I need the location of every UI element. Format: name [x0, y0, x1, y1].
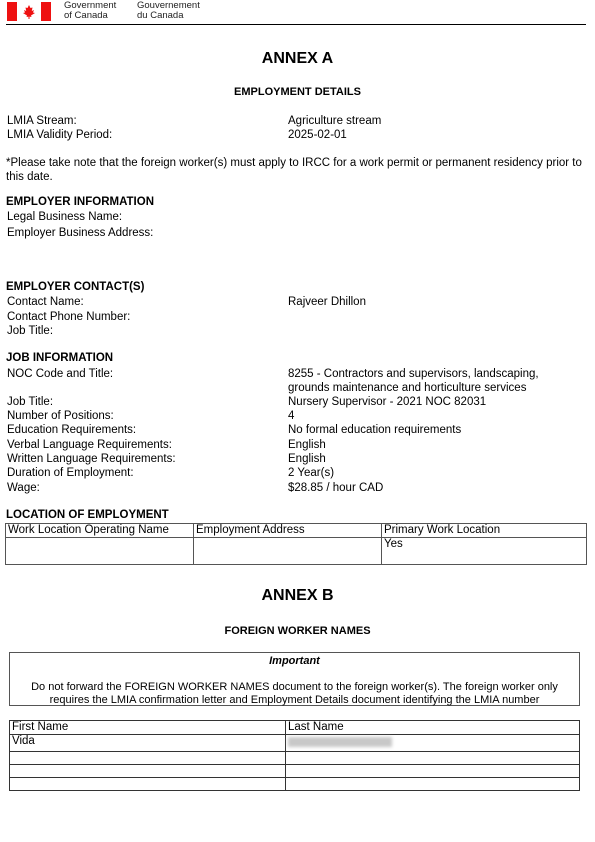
education-label: Education Requirements:: [7, 423, 136, 437]
contact-phone-label: Contact Phone Number:: [7, 310, 130, 324]
column-header: Primary Work Location: [382, 524, 587, 538]
written-language-value: English: [288, 452, 578, 466]
contact-name-label: Contact Name:: [7, 295, 84, 309]
duration-label: Duration of Employment:: [7, 466, 134, 480]
column-header: First Name: [10, 721, 286, 735]
gov-en-line2: of Canada: [64, 11, 116, 21]
employer-information-heading: EMPLOYER INFORMATION: [6, 196, 154, 208]
annex-b-title: ANNEX B: [0, 587, 595, 605]
lmia-validity-value: 2025-02-01: [288, 128, 578, 142]
noc-value: 8255 - Contractors and supervisors, land…: [288, 367, 578, 395]
job-title-value: Nursery Supervisor - 2021 NOC 82031: [288, 395, 578, 409]
last-name-cell-redacted: [286, 735, 580, 752]
written-language-label: Written Language Requirements:: [7, 452, 176, 466]
education-value: No formal education requirements: [288, 423, 578, 437]
first-name-cell: [10, 765, 286, 778]
legal-business-name-label: Legal Business Name:: [7, 210, 122, 224]
column-header: Employment Address: [194, 524, 382, 538]
first-name-cell: [10, 778, 286, 791]
first-name-cell: [10, 752, 286, 765]
last-name-cell: [286, 765, 580, 778]
primary-location-cell: Yes: [382, 538, 587, 565]
table-row: Vida: [10, 735, 580, 752]
foreign-worker-names-title: FOREIGN WORKER NAMES: [0, 625, 595, 637]
noc-label: NOC Code and Title:: [7, 367, 113, 381]
table-row: Yes: [6, 538, 587, 565]
wage-label: Wage:: [7, 481, 40, 495]
annex-a-title: ANNEX A: [0, 50, 595, 68]
wage-value: $28.85 / hour CAD: [288, 481, 578, 495]
canada-flag-icon: [7, 2, 51, 21]
column-header: Work Location Operating Name: [6, 524, 194, 538]
employer-contacts-heading: EMPLOYER CONTACT(S): [6, 281, 144, 293]
table-row: [10, 778, 580, 791]
foreign-worker-names-table: First Name Last Name Vida: [9, 720, 580, 791]
job-title-label: Job Title:: [7, 395, 53, 409]
last-name-cell: [286, 778, 580, 791]
contact-name-value: Rajveer Dhillon: [288, 295, 578, 309]
table-header-row: Work Location Operating Name Employment …: [6, 524, 587, 538]
gov-fr-line2: du Canada: [137, 11, 200, 21]
positions-value: 4: [288, 409, 578, 423]
first-name-cell: Vida: [10, 735, 286, 752]
contact-job-title-label: Job Title:: [7, 324, 53, 338]
positions-label: Number of Positions:: [7, 409, 114, 423]
location-table: Work Location Operating Name Employment …: [5, 523, 587, 565]
validity-note: *Please take note that the foreign worke…: [6, 156, 586, 184]
operating-name-cell: [6, 538, 194, 565]
table-row: [10, 765, 580, 778]
table-row: [10, 752, 580, 765]
last-name-cell: [286, 752, 580, 765]
important-notice: Important Do not forward the FOREIGN WOR…: [9, 652, 580, 706]
lmia-stream-label: LMIA Stream:: [7, 114, 77, 128]
employer-address-label: Employer Business Address:: [7, 226, 153, 240]
government-of-canada-wordmark: Government of Canada: [64, 1, 116, 21]
verbal-language-label: Verbal Language Requirements:: [7, 438, 172, 452]
lmia-stream-value: Agriculture stream: [288, 114, 578, 128]
job-information-heading: JOB INFORMATION: [6, 352, 113, 364]
government-header: Government of Canada Gouvernement du Can…: [6, 0, 586, 25]
gouvernement-du-canada-wordmark: Gouvernement du Canada: [137, 1, 200, 21]
employment-address-cell: [194, 538, 382, 565]
redacted-text: [288, 737, 392, 747]
lmia-validity-label: LMIA Validity Period:: [7, 128, 112, 142]
important-message: Do not forward the FOREIGN WORKER NAMES …: [10, 681, 579, 707]
verbal-language-value: English: [288, 438, 578, 452]
employment-details-title: EMPLOYMENT DETAILS: [0, 86, 595, 98]
column-header: Last Name: [286, 721, 580, 735]
important-heading: Important: [10, 655, 579, 667]
location-heading: LOCATION OF EMPLOYMENT: [6, 509, 169, 521]
duration-value: 2 Year(s): [288, 466, 578, 480]
table-header-row: First Name Last Name: [10, 721, 580, 735]
